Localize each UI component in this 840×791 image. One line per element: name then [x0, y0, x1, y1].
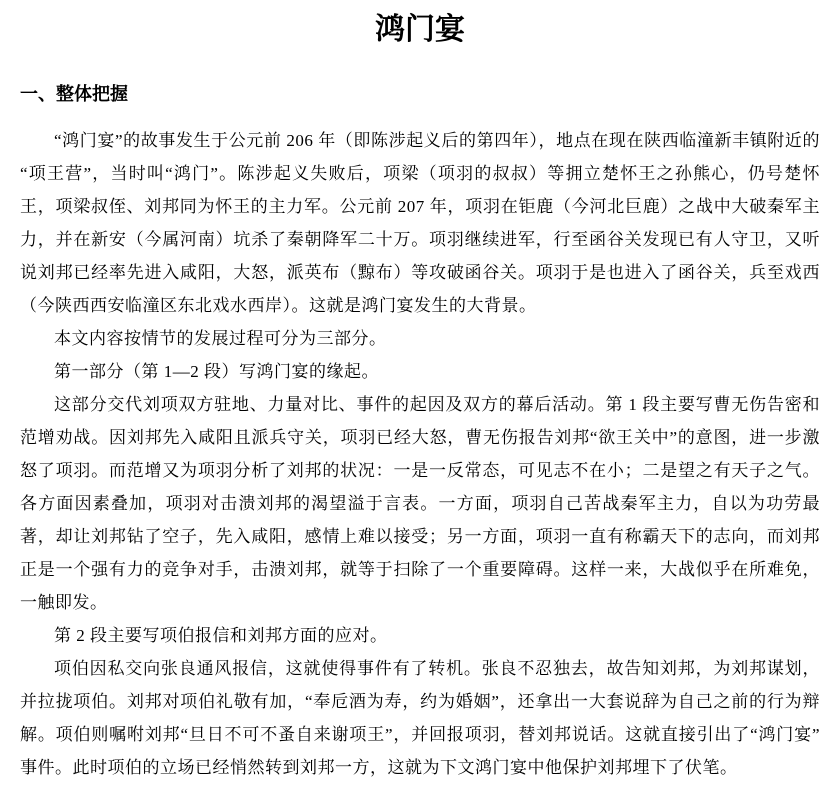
- section-heading: 一、整体把握: [20, 83, 820, 105]
- document-page: 鸿门宴 一、整体把握 “鸿门宴”的故事发生于公元前 206 年（即陈涉起义后的第…: [0, 0, 840, 791]
- paragraph-part-one-title: 第一部分（第 1—2 段）写鸿门宴的缘起。: [20, 355, 820, 388]
- paragraph-structure-intro: 本文内容按情节的发展过程可分为三部分。: [20, 322, 820, 355]
- document-title: 鸿门宴: [20, 11, 820, 49]
- paragraph-section-one-analysis: 这部分交代刘项双方驻地、力量对比、事件的起因及双方的幕后活动。第 1 段主要写曹…: [20, 388, 820, 619]
- paragraph-section-two-title: 第 2 段主要写项伯报信和刘邦方面的应对。: [20, 619, 820, 652]
- paragraph-section-two-analysis: 项伯因私交向张良通风报信，这就使得事件有了转机。张良不忍独去，故告知刘邦，为刘邦…: [20, 652, 820, 784]
- paragraph-background: “鸿门宴”的故事发生于公元前 206 年（即陈涉起义后的第四年），地点在现在陕西…: [20, 124, 820, 322]
